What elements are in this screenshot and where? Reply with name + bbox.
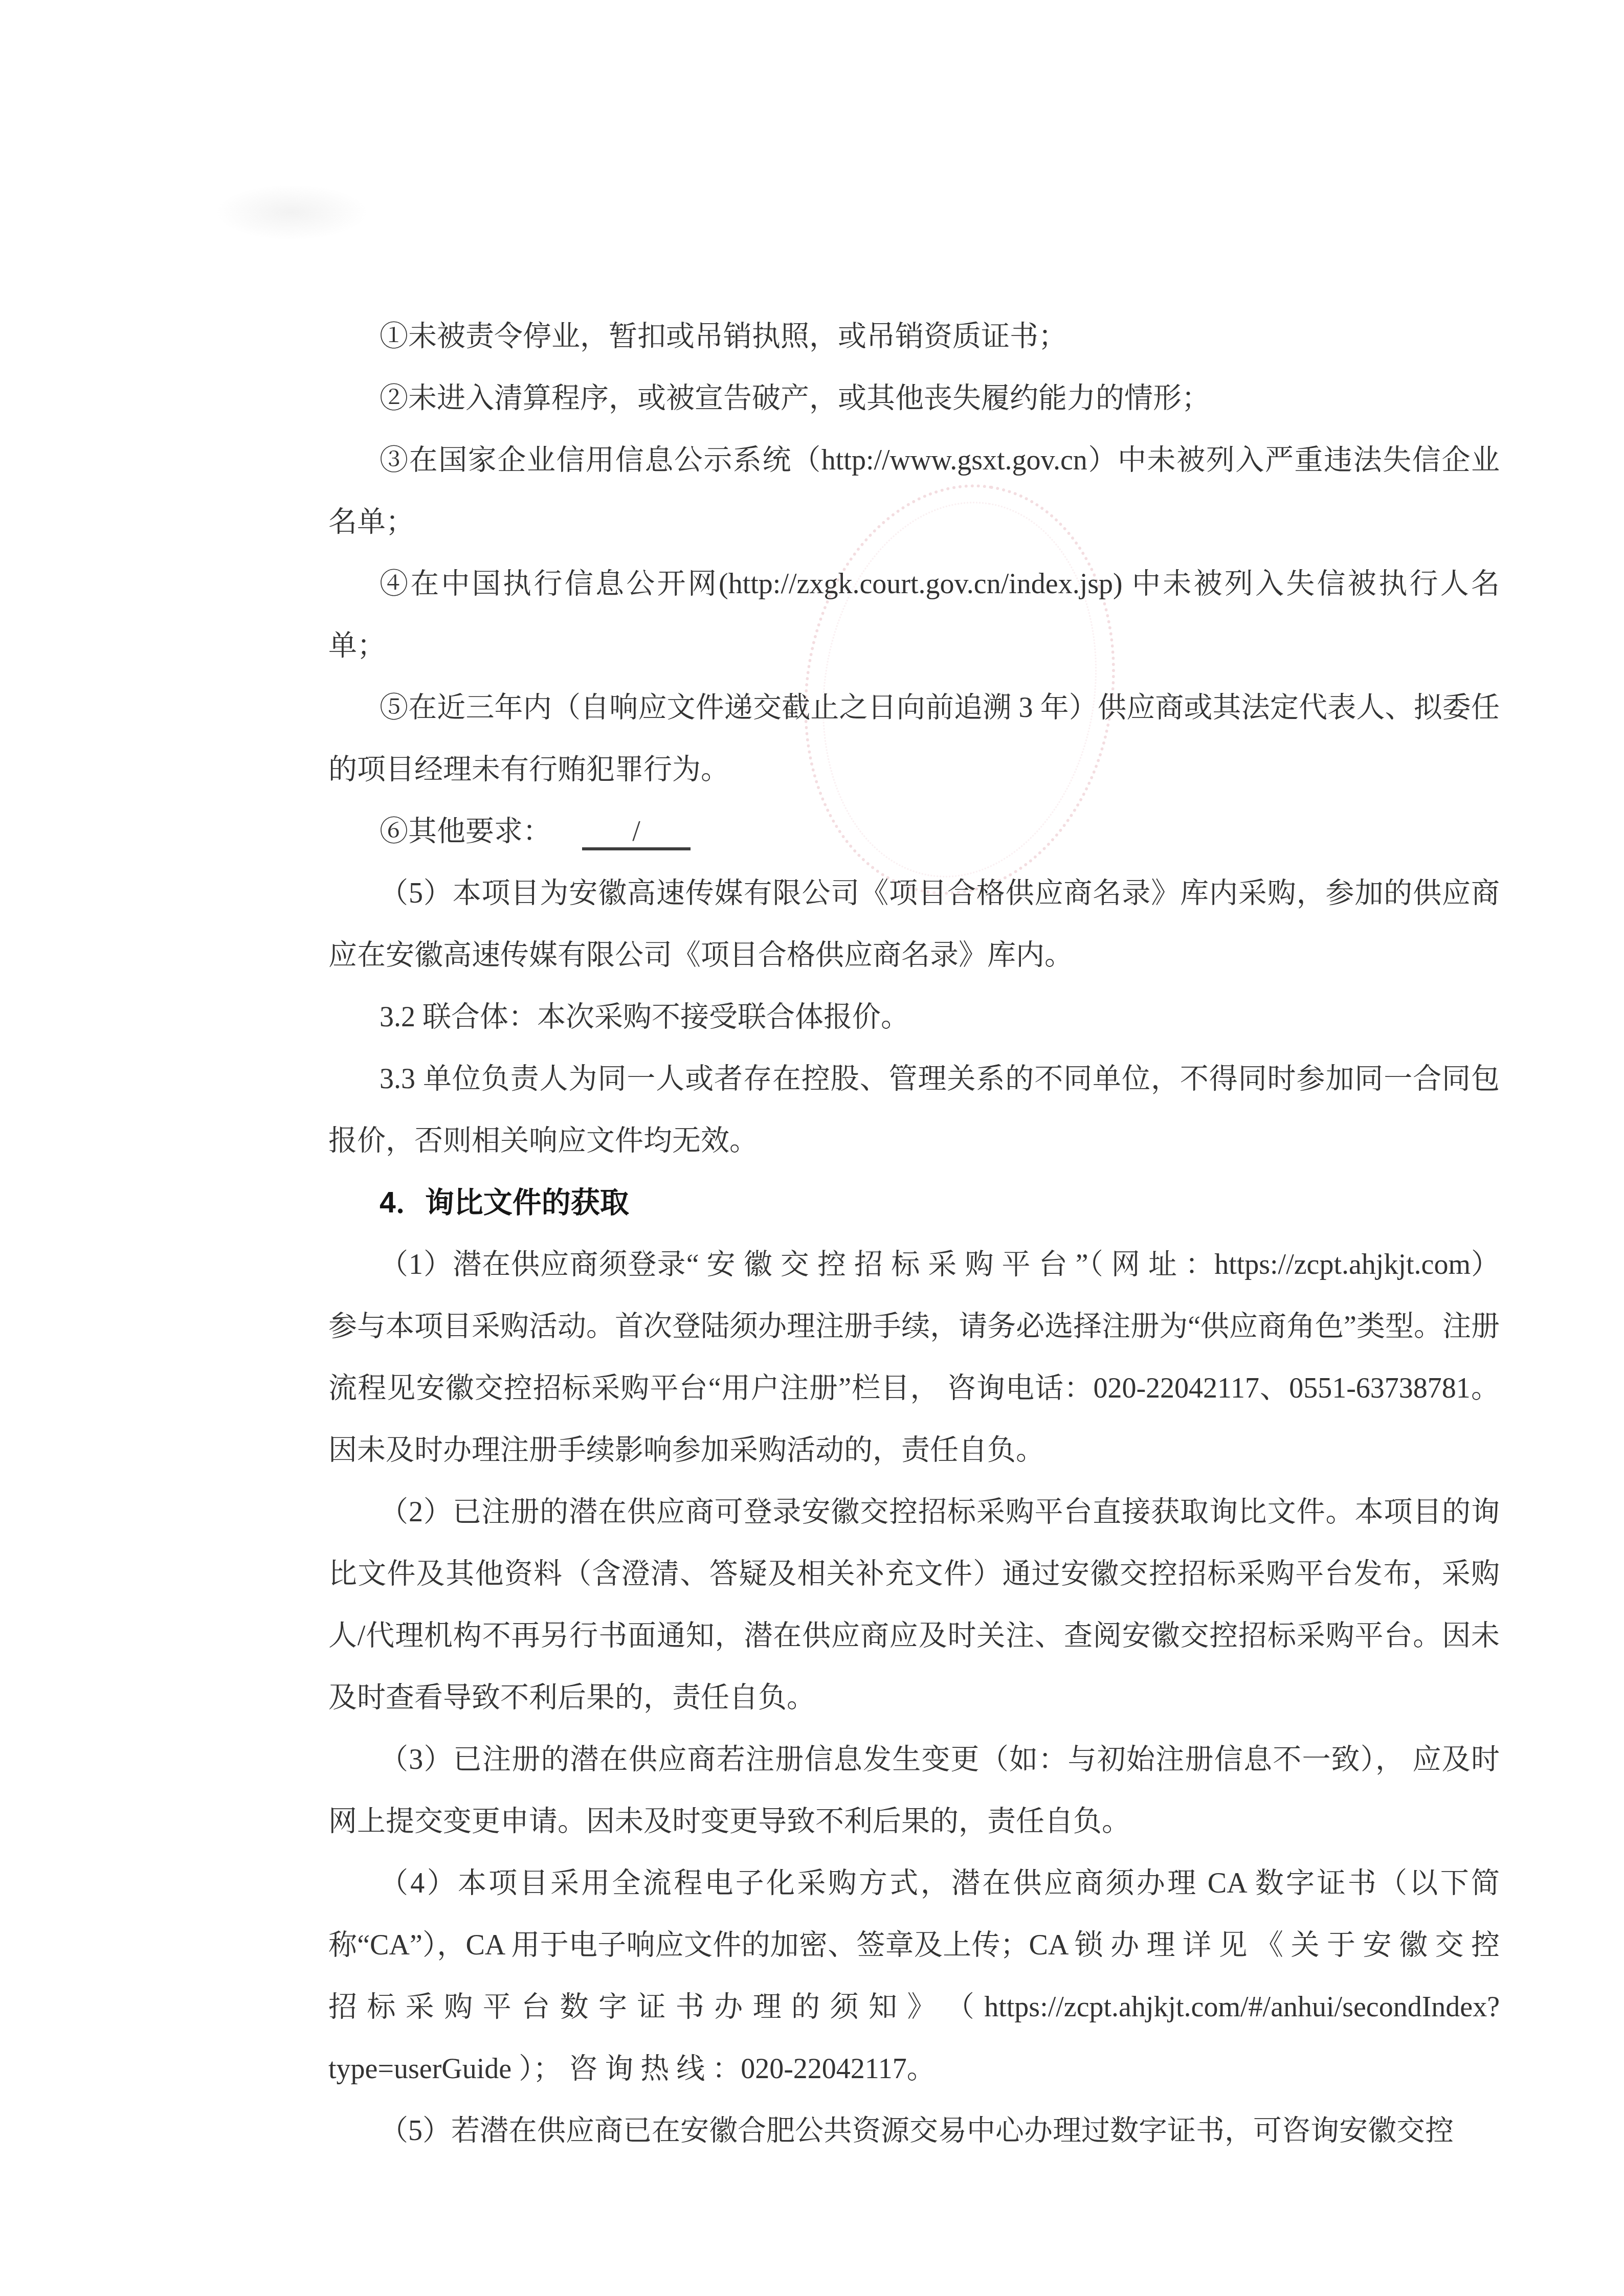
acquisition-para-2: （2）已注册的潜在供应商可登录安徽交控招标采购平台直接获取询比文件。本项目的询比… xyxy=(328,1481,1500,1729)
eligibility-item-1: ①未被责令停业，暂扣或吊销执照，或吊销资质证书； xyxy=(328,306,1500,368)
clause-3-2: 3.2 联合体：本次采购不接受联合体报价。 xyxy=(328,986,1500,1048)
eligibility-item-3: ③在国家企业信用信息公示系统（http://www.gsxt.gov.cn）中未… xyxy=(328,430,1500,553)
clause-3-3: 3.3 单位负责人为同一人或者存在控股、管理关系的不同单位，不得同时参加同一合同… xyxy=(328,1048,1500,1172)
eligibility-item-5: ⑤在近三年内（自响应文件递交截止之日向前追溯 3 年）供应商或其法定代表人、拟委… xyxy=(328,677,1500,801)
scan-smudge-artifact xyxy=(215,184,368,240)
eligibility-item-4: ④在中国执行信息公开网(http://zxgk.court.gov.cn/ind… xyxy=(328,553,1500,677)
acquisition-para-3: （3）已注册的潜在供应商若注册信息发生变更（如：与初始注册信息不一致）， 应及时… xyxy=(328,1729,1500,1853)
clause-1-5: （5）本项目为安徽高速传媒有限公司《项目合格供应商名录》库内采购，参加的供应商应… xyxy=(328,863,1500,986)
acquisition-para-1: （1）潜在供应商须登录“ 安 徽 交 控 招 标 采 购 平 台 ”（ 网 址 … xyxy=(328,1234,1500,1481)
acquisition-para-4: （4）本项目采用全流程电子化采购方式，潜在供应商须办理 CA 数字证书（以下简称… xyxy=(328,1853,1500,2100)
other-requirements-label: ⑥其他要求： xyxy=(380,816,551,847)
section-4-heading: 4．询比文件的获取 xyxy=(328,1172,1500,1234)
eligibility-item-2: ②未进入清算程序，或被宣告破产，或其他丧失履约能力的情形； xyxy=(328,368,1500,430)
other-requirements-line: ⑥其他要求：/ xyxy=(328,801,1500,863)
document-body: ①未被责令停业，暂扣或吊销执照，或吊销资质证书； ②未进入清算程序，或被宣告破产… xyxy=(328,306,1500,2162)
acquisition-para-5: （5）若潜在供应商已在安徽合肥公共资源交易中心办理过数字证书，可咨询安徽交控 xyxy=(328,2100,1500,2162)
scanned-document-page: ①未被责令停业，暂扣或吊销执照，或吊销资质证书； ②未进入清算程序，或被宣告破产… xyxy=(0,0,1624,2296)
blank-underline-slash: / xyxy=(582,816,691,850)
